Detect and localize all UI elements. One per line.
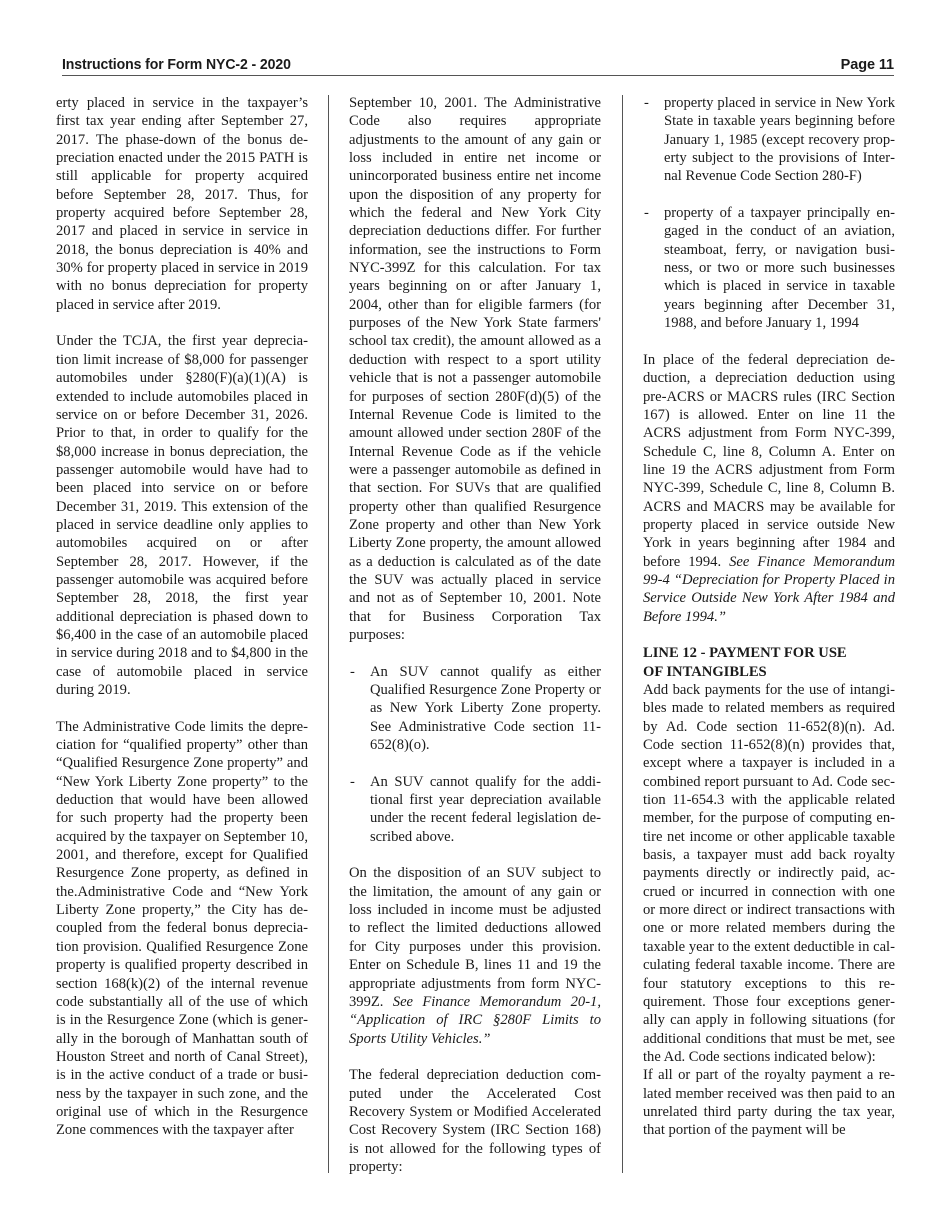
column-divider bbox=[328, 95, 329, 1173]
column-divider bbox=[622, 95, 623, 1173]
list-item: - property placed in service in New York… bbox=[643, 94, 895, 186]
page-header: Instructions for Form NYC-2 - 2020 Page … bbox=[62, 56, 894, 76]
column-left: erty placed in service in the taxpayer’s… bbox=[56, 94, 308, 1140]
suv-disposition-text: On the disposition of an SUV subject to … bbox=[349, 865, 601, 1009]
paragraph-federal-depreciation: The federal depreciation deduction com­p… bbox=[349, 1066, 601, 1176]
bullet-text: An SUV cannot qualify for the addi­tiona… bbox=[370, 773, 601, 846]
list-item: - An SUV cannot qualify for the addi­tio… bbox=[349, 773, 601, 846]
section-line-12: LINE 12 - PAYMENT FOR USE OF INTANGIBLES… bbox=[643, 644, 895, 1066]
list-item: - property of a taxpayer principally en­… bbox=[643, 204, 895, 332]
page-number: Page 11 bbox=[841, 56, 894, 74]
list-item: - An SUV cannot qualify as either Qualif… bbox=[349, 663, 601, 755]
paragraph-royalty-payment: If all or part of the royalty payment a … bbox=[643, 1066, 895, 1139]
section-heading-line-2: OF INTANGIBLES bbox=[643, 663, 895, 681]
paragraph-admin-code-qualified-property: The Administrative Code limits the depre… bbox=[56, 718, 308, 1140]
bullet-dash: - bbox=[349, 663, 370, 755]
paragraph-bonus-depreciation: erty placed in service in the taxpayer’s… bbox=[56, 94, 308, 314]
bullet-text: property placed in service in New York S… bbox=[664, 94, 895, 186]
document-title: Instructions for Form NYC-2 - 2020 bbox=[62, 56, 291, 74]
paragraph-acrs-deduction: In place of the federal depreciation de­… bbox=[643, 351, 895, 626]
paragraph-intangibles-addback: Add back payments for the use of intangi… bbox=[643, 681, 895, 1066]
paragraph-admin-code-adjustments: September 10, 2001. The Administrative C… bbox=[349, 94, 601, 644]
bullet-text: An SUV cannot qualify as either Qualifie… bbox=[370, 663, 601, 755]
column-middle: September 10, 2001. The Administrative C… bbox=[349, 94, 601, 1176]
bullet-dash: - bbox=[349, 773, 370, 846]
bullet-dash: - bbox=[643, 204, 664, 332]
acrs-text: In place of the federal depreciation de­… bbox=[643, 352, 895, 570]
bullet-dash: - bbox=[643, 94, 664, 186]
section-heading-line-1: LINE 12 - PAYMENT FOR USE bbox=[643, 644, 895, 662]
paragraph-suv-disposition: On the disposition of an SUV subject to … bbox=[349, 864, 601, 1047]
section-heading: LINE 12 - PAYMENT FOR USE OF INTANGIBLES bbox=[643, 644, 895, 681]
column-right: - property placed in service in New York… bbox=[643, 94, 895, 1140]
paragraph-tcja-automobile-limit: Under the TCJA, the first year deprecia­… bbox=[56, 332, 308, 699]
bullet-text: property of a taxpayer principally en­ga… bbox=[664, 204, 895, 332]
